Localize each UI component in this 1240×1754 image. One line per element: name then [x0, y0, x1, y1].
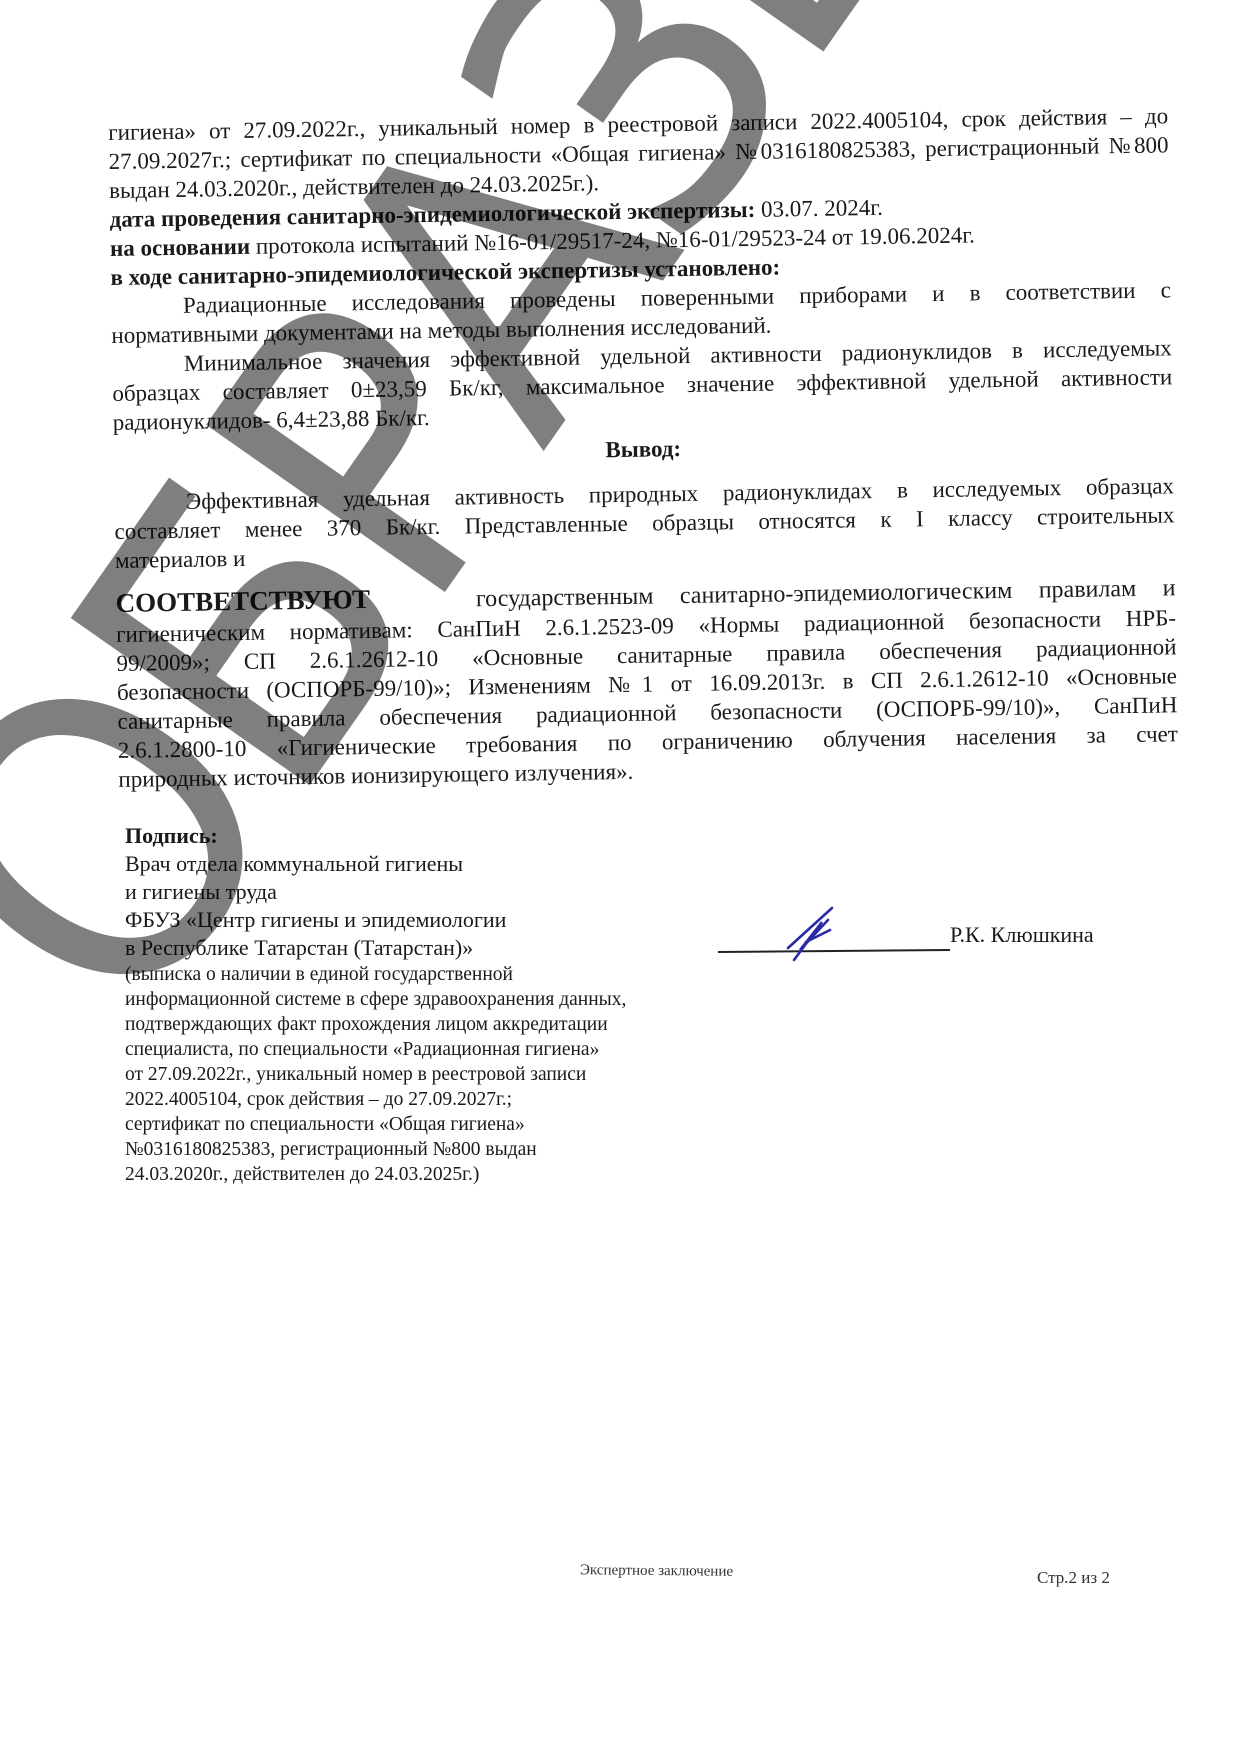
note-line: от 27.09.2022г., уникальный номер в реес…	[125, 1062, 626, 1087]
note-line: (выписка о наличии в единой государствен…	[125, 962, 626, 987]
document-page: гигиена» от 27.09.2022г., уникальный ном…	[0, 0, 1240, 1754]
note-line: 2022.4005104, срок действия – до 27.09.2…	[125, 1087, 626, 1112]
signature-heading: Подпись:	[125, 822, 626, 850]
position-line: и гигиены труда	[125, 878, 626, 906]
signer-name: Р.К. Клюшкина	[950, 922, 1094, 948]
handwritten-signature-icon	[780, 900, 850, 970]
note-line: информационной системе в сфере здравоохр…	[125, 987, 626, 1012]
main-text: гигиена» от 27.09.2022г., уникальный ном…	[108, 101, 1178, 794]
position-line: Врач отдела коммунальной гигиены	[125, 850, 626, 878]
note-line: сертификат по специальности «Общая гигие…	[125, 1112, 626, 1137]
note-line: подтверждающих факт прохождения лицом ак…	[125, 1012, 626, 1037]
expertise-date-value: 03.07. 2024г.	[755, 195, 883, 222]
page-number: Стр.2 из 2	[1037, 1568, 1110, 1588]
note-line: №0316180825383, регистрационный №800 выд…	[125, 1137, 626, 1162]
compliance-word: СООТВЕТСТВУЮТ	[115, 584, 370, 618]
basis-label: на основании	[110, 234, 250, 261]
signature-block: Подпись: Врач отдела коммунальной гигиен…	[125, 822, 626, 1187]
position-line: ФБУЗ «Центр гигиены и эпидемиологии	[125, 906, 626, 934]
note-line: специалиста, по специальности «Радиацион…	[125, 1037, 626, 1062]
note-line: 24.03.2020г., действителен до 24.03.2025…	[125, 1162, 626, 1187]
footer-title: Экспертное заключение	[580, 1562, 733, 1581]
position-line: в Республике Татарстан (Татарстан)»	[125, 934, 626, 962]
